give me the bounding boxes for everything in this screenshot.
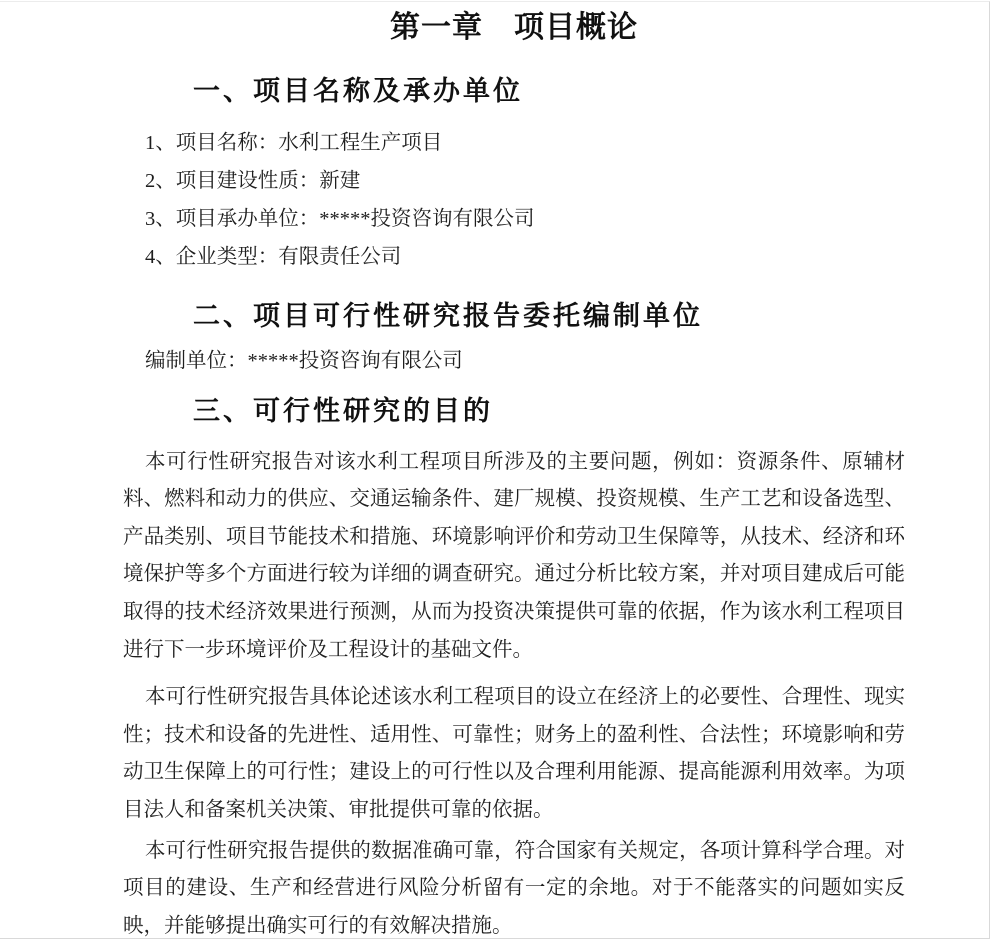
purpose-paragraph-2: 本可行性研究报告具体论述该水利工程项目的设立在经济上的必要性、合理性、现实性；技… <box>123 679 905 829</box>
purpose-paragraph-3: 本可行性研究报告提供的数据准确可靠，符合国家有关规定，各项计算科学合理。对项目的… <box>123 833 905 942</box>
compiling-unit-paragraph: 编制单位：*****投资咨询有限公司 <box>123 343 905 381</box>
document-content: 第一章 项目概论 一、项目名称及承办单位 1、项目名称：水利工程生产项目 2、项… <box>123 8 905 942</box>
document-page: 第一章 项目概论 一、项目名称及承办单位 1、项目名称：水利工程生产项目 2、项… <box>0 0 994 942</box>
section-heading-3: 三、可行性研究的目的 <box>193 393 905 429</box>
section-heading-1: 一、项目名称及承办单位 <box>193 73 905 109</box>
chapter-title: 第一章 项目概论 <box>123 8 905 48</box>
list-item-undertaking-unit: 3、项目承办单位：*****投资咨询有限公司 <box>123 200 905 238</box>
list-item-project-name: 1、项目名称：水利工程生产项目 <box>123 124 905 162</box>
list-item-construction-nature: 2、项目建设性质：新建 <box>123 162 905 200</box>
project-info-list: 1、项目名称：水利工程生产项目 2、项目建设性质：新建 3、项目承办单位：***… <box>123 124 905 276</box>
purpose-paragraph-1: 本可行性研究报告对该水利工程项目所涉及的主要问题，例如：资源条件、原辅材料、燃料… <box>123 444 905 670</box>
section-heading-2: 二、项目可行性研究报告委托编制单位 <box>193 298 905 334</box>
list-item-enterprise-type: 4、企业类型：有限责任公司 <box>123 238 905 276</box>
